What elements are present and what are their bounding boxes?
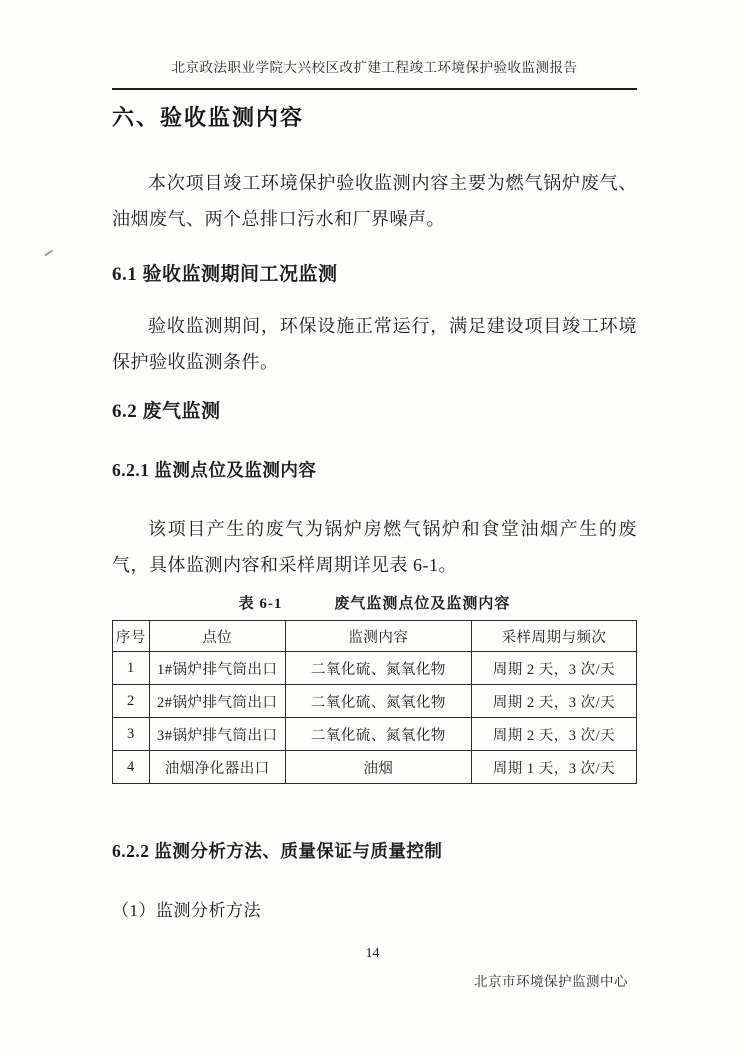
table-row: 4 油烟净化器出口 油烟 周期 1 天，3 次/天	[113, 751, 637, 784]
section-heading-6-2-2: 6.2.2 监测分析方法、质量保证与质量控制	[112, 840, 637, 862]
table-header-row: 序号 点位 监测内容 采样周期与频次	[113, 621, 637, 652]
table-cell-content: 二氧化硫、氮氧化物	[285, 685, 471, 718]
section-heading-6-2-1: 6.2.1 监测点位及监测内容	[112, 459, 637, 481]
table-header-index: 序号	[113, 621, 150, 652]
table-cell-location: 1#锅炉排气筒出口	[149, 652, 285, 685]
table-cell-location: 2#锅炉排气筒出口	[149, 685, 285, 718]
table-row: 2 2#锅炉排气筒出口 二氧化硫、氮氧化物 周期 2 天，3 次/天	[113, 685, 637, 718]
scan-artifact	[44, 250, 52, 256]
document-header: 北京政法职业学院大兴校区改扩建工程竣工环境保护验收监测报告	[112, 0, 637, 90]
table-cell-index: 1	[113, 652, 150, 685]
paragraph-6-2-1: 该项目产生的废气为锅炉房燃气锅炉和食堂油烟产生的废气，具体监测内容和采样周期详见…	[112, 511, 637, 583]
table-cell-frequency: 周期 2 天，3 次/天	[471, 685, 636, 718]
table-row: 3 3#锅炉排气筒出口 二氧化硫、氮氧化物 周期 2 天，3 次/天	[113, 718, 637, 751]
table-cell-frequency: 周期 2 天，3 次/天	[471, 718, 636, 751]
waste-gas-monitoring-table: 序号 点位 监测内容 采样周期与频次 1 1#锅炉排气筒出口 二氧化硫、氮氧化物…	[112, 620, 637, 784]
section-heading-6-1: 6.1 验收监测期间工况监测	[112, 263, 637, 287]
table-header-content: 监测内容	[285, 621, 471, 652]
table-title: 废气监测点位及监测内容	[334, 596, 510, 612]
paragraph-method-title: （1）监测分析方法	[112, 900, 637, 922]
table-cell-index: 4	[113, 751, 150, 784]
table-cell-content: 二氧化硫、氮氧化物	[285, 718, 471, 751]
table-cell-content: 油烟	[285, 751, 471, 784]
document-page: 北京政法职业学院大兴校区改扩建工程竣工环境保护验收监测报告 六、验收监测内容 本…	[0, 0, 745, 1053]
table-cell-frequency: 周期 1 天，3 次/天	[471, 751, 636, 784]
document-body: 六、验收监测内容 本次项目竣工环境保护验收监测内容主要为燃气锅炉废气、油烟废气、…	[112, 105, 637, 922]
footer-organization: 北京市环境保护监测中心	[474, 970, 628, 990]
page-number: 14	[0, 946, 745, 962]
table-header-frequency: 采样周期与频次	[471, 621, 636, 652]
table-cell-location: 3#锅炉排气筒出口	[149, 718, 285, 751]
table-cell-frequency: 周期 2 天，3 次/天	[471, 652, 636, 685]
table-cell-index: 3	[113, 718, 150, 751]
section-heading-main: 六、验收监测内容	[112, 105, 637, 131]
paragraph-intro: 本次项目竣工环境保护验收监测内容主要为燃气锅炉废气、油烟废气、两个总排口污水和厂…	[112, 165, 637, 237]
section-heading-6-2: 6.2 废气监测	[112, 400, 637, 424]
table-row: 1 1#锅炉排气筒出口 二氧化硫、氮氧化物 周期 2 天，3 次/天	[113, 652, 637, 685]
table-label: 表 6-1	[239, 596, 283, 612]
header-title: 北京政法职业学院大兴校区改扩建工程竣工环境保护验收监测报告	[112, 56, 637, 76]
paragraph-6-1: 验收监测期间，环保设施正常运行，满足建设项目竣工环境保护验收监测条件。	[112, 308, 637, 380]
table-header-location: 点位	[149, 621, 285, 652]
table-caption: 表 6-1废气监测点位及监测内容	[112, 594, 637, 614]
table-cell-index: 2	[113, 685, 150, 718]
table-cell-content: 二氧化硫、氮氧化物	[285, 652, 471, 685]
table-cell-location: 油烟净化器出口	[149, 751, 285, 784]
